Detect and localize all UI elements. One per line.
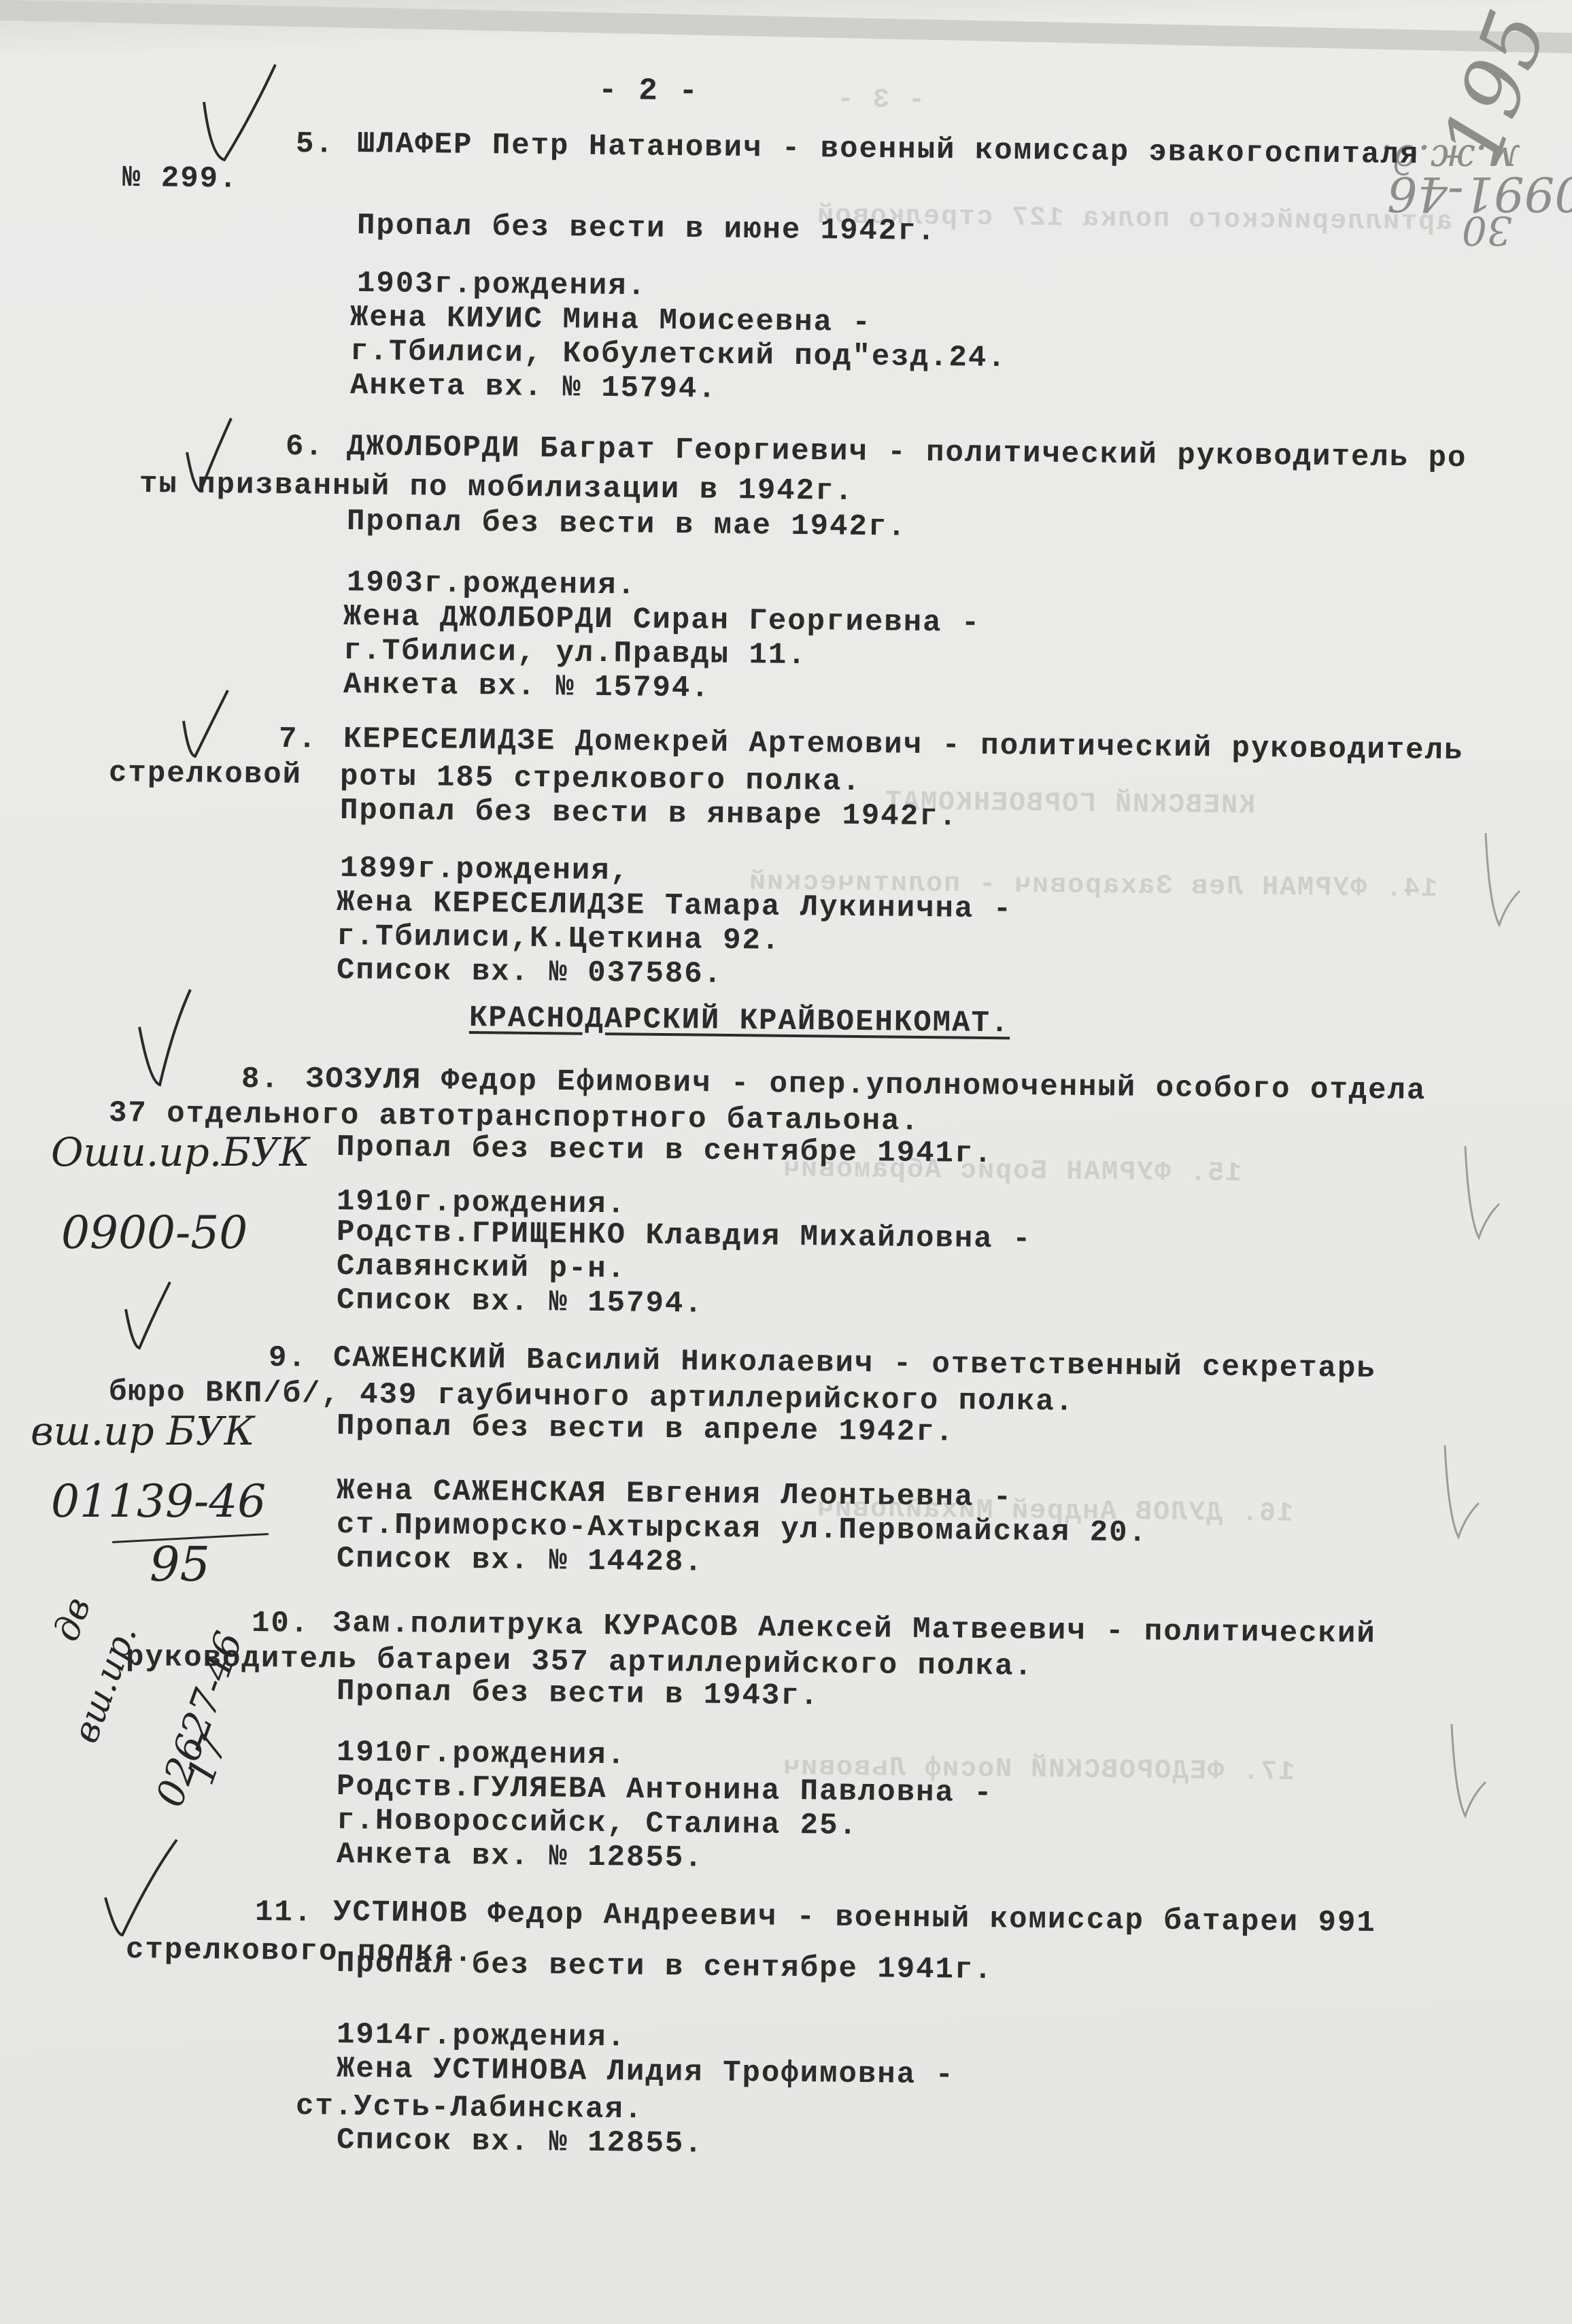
entry-11-relative: Жена УСТИНОВА Лидия Трофимовна - <box>337 2054 955 2091</box>
entry-7-title: КЕРЕСЕЛИДЗЕ Домекрей Артемович - политич… <box>343 724 1464 766</box>
handwritten-note-entry-9: вш.ир БУК <box>31 1411 254 1451</box>
entry-11-record: Список вх. № 12855. <box>337 2125 704 2159</box>
entry-9-number: 9. <box>269 1343 307 1374</box>
entry-10-title-cont: руководитель батареи 357 артиллерийского… <box>126 1643 1033 1682</box>
entry-8-record: Список вх. № 15794. <box>337 1285 704 1319</box>
ghost-page-number: - 3 - <box>836 84 925 116</box>
checkmark-icon <box>180 687 235 762</box>
entry-11-number: 11. <box>255 1898 313 1928</box>
entry-7-record: Список вх. № 037586. <box>337 956 723 990</box>
entry-7-address: г.Тбилиси,К.Цеткина 92. <box>337 922 781 956</box>
entry-8-number: 8. <box>241 1064 280 1095</box>
entry-8-relative: Родств.ГРИЩЕНКО Клавдия Михайловна - <box>337 1217 1032 1255</box>
entry-5-birth: 1903г.рождения. <box>357 269 647 301</box>
entry-6-record: Анкета вх. № 15794. <box>343 670 711 704</box>
checkmark-icon <box>1448 1721 1489 1823</box>
entry-7-status: Пропал без вести в январе 1942г. <box>340 796 958 832</box>
checkmark-icon <box>136 986 197 1088</box>
entry-5-address: г.Тбилиси, Кобулетский под"езд.24. <box>350 337 1007 373</box>
handwritten-code-entry-9: 01139-46 <box>51 1479 266 1524</box>
entry-11-title: УСТИНОВ Федор Андреевич - военный комисс… <box>333 1898 1376 1938</box>
handwritten-note-entry-10-a: дв <box>48 1593 96 1645</box>
entry-7-title-cont: роты 185 стрелкового полка. <box>340 762 861 797</box>
entry-9-relative: Жена САЖЕНСКАЯ Евгения Леонтьевна - <box>337 1476 1013 1513</box>
entry-9-record: Список вх. № 14428. <box>337 1544 704 1578</box>
entry-9-title: САЖЕНСКИЙ Василий Николаевич - ответстве… <box>333 1343 1376 1384</box>
entry-8-status: Пропал без вести в сентябре 1941г. <box>337 1132 993 1169</box>
entry-10-record: Анкета вх. № 12855. <box>337 1840 704 1874</box>
checkmark-icon <box>1441 1442 1482 1544</box>
entry-6-title: ДЖОЛБОРДИ Баграт Георгиевич - политическ… <box>347 432 1467 473</box>
checkmark-icon <box>197 61 279 163</box>
entry-10-address: г.Новороссийск, Сталина 25. <box>337 1806 858 1841</box>
entry-6-title-cont: ты призванный по мобилизации в 1942г. <box>139 469 854 507</box>
entry-5-status: Пропал без вести в июне 1942г. <box>357 211 937 247</box>
entry-5-record: Анкета вх. № 15794. <box>350 371 717 405</box>
entry-5-relative: Жена КИУИС Мина Моисеевна - <box>350 303 872 338</box>
checkmark-icon <box>122 1279 177 1353</box>
entry-7-title-prefix: стрелковой <box>109 758 302 790</box>
entry-10-birth: 1910г.рождения. <box>337 1738 627 1770</box>
handwritten-note-entry-8: Оши.ир.БУК <box>51 1132 310 1172</box>
entry-7-birth: 1899г.рождения, <box>340 854 630 886</box>
entry-6-relative: Жена ДЖОЛБОРДИ Сиран Георгиевна - <box>343 602 981 639</box>
checkmark-icon <box>102 1836 184 1938</box>
entry-10-number: 10. <box>252 1609 310 1639</box>
entry-8-birth: 1910г.рождения. <box>337 1187 627 1219</box>
entry-5-title: ШЛАФЕР Петр Натанович - военный комиссар… <box>357 129 1420 170</box>
page-number: - 2 - <box>598 75 700 107</box>
entry-10-relative: Родств.ГУЛЯЕВА Антонина Павловна - <box>337 1772 993 1808</box>
entry-6-birth: 1903г.рождения. <box>347 568 637 601</box>
entry-7-number: 7. <box>279 724 318 755</box>
entry-11-birth: 1914г.рождения. <box>337 2020 627 2053</box>
reference-number: № 299. <box>122 163 239 195</box>
scan-edge <box>0 0 1572 53</box>
entry-6-status: Пропал без вести в мае 1942г. <box>347 507 907 543</box>
checkmark-icon <box>1462 1143 1503 1245</box>
entry-10-status: Пропал без вести в 1943г. <box>337 1677 820 1711</box>
entry-5-number: 5. <box>296 129 335 160</box>
entry-8-district: Славянский р-н. <box>337 1251 627 1284</box>
handwritten-fraction-entry-9: 95 <box>150 1540 210 1588</box>
entry-7-relative: Жена КЕРЕСЕЛИДЗЕ Тамара Лукинична - <box>337 888 1013 924</box>
handwritten-margin-number: 30 <box>1462 211 1512 250</box>
section-header: КРАСНОДАРСКИЙ КРАЙВОЕНКОМАТ. <box>469 1003 1010 1039</box>
scanned-page: - 3 - артиллерийского полка 127 стрелков… <box>0 0 1572 2324</box>
handwritten-code-entry-8: 0900-50 <box>61 1211 247 1256</box>
entry-10-title: Зам.политрука КУРАСОВ Алексей Матвеевич … <box>333 1609 1376 1649</box>
entry-9-status: Пропал без вести в апреле 1942г. <box>337 1411 955 1448</box>
checkmark-icon <box>1482 830 1523 932</box>
entry-6-number: 6. <box>286 432 324 462</box>
entry-6-address: г.Тбилиси, ул.Правды 11. <box>343 636 807 671</box>
entry-11-address: ст.Усть-Лабинская. <box>296 2091 644 2125</box>
entry-11-status: Пропал без вести в сентябре 1941г. <box>337 1949 993 1985</box>
